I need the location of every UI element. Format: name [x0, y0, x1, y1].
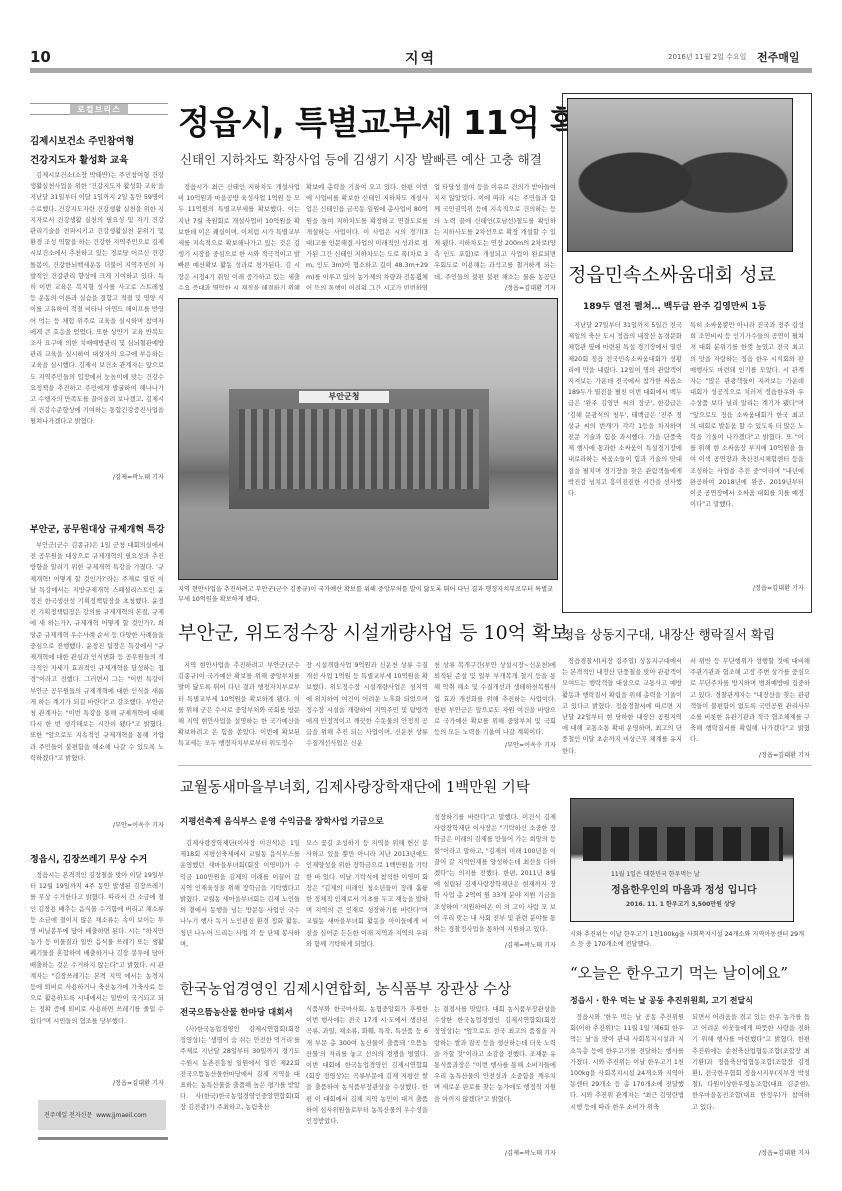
sangdong-headline: 정읍 상동지구대, 내장산 행락질서 확립: [562, 625, 775, 643]
nongup-subhead: 전국으뜸농산물 한마당 대회서: [180, 1006, 293, 1018]
buan-column-1: 지역 현안사업을 추진하려고 부안군(군수 김종규)이 국가예산 확보를 위해 …: [178, 660, 300, 750]
sidebar-article-3-title: 정읍시, 김장쓰레기 무상 수거: [30, 852, 147, 865]
sangdong-column-1: 정읍경찰서(서장 김주엽) 상동지구대에서는 본격적인 내장산 단풍철을 맞아 …: [562, 656, 682, 756]
newspaper-brand: 전주매일: [757, 49, 800, 65]
people-row: [583, 827, 783, 861]
bullfight-subhead: 189두 열전 펼쳐… 백두급 완주 김영만씨 1등: [583, 299, 766, 312]
nongup-column-1: (사)한국농업경영인 김제시연합회(회장 정영상)는 '생명이 숨 쉬는 안전한…: [180, 1024, 300, 1159]
nongup-column-3: 는 결정사를 맞았다. 대회 농식품부장관상을 수상한 한국농업경영인 김제시연…: [434, 1004, 556, 1144]
sangdong-column-2: 서 위반 등 무단행위가 성행할 것에 대비해 주관기관과 협조해 고정 주변 …: [690, 656, 810, 748]
sidebar-article-3-byline: /정읍=김대환 기자: [30, 1078, 164, 1087]
lead-subhead: 신태인 지하차도 확장사업 등에 김생기 시장 발빠른 예산 고충 해결: [180, 150, 542, 168]
page-number: 10: [30, 48, 51, 66]
gimje-scholarship-byline: /김제=곽노태 기자: [434, 940, 556, 949]
banner-line-3: 2016. 11. 1 한우고기 3,500만원 상당: [626, 899, 736, 908]
sidebar-article-1-title-line2: 건강지도자 활성화 교육: [30, 152, 128, 166]
banner-line-1: 11월 1일은 대한민국 한우먹는 날: [611, 869, 700, 878]
gimje-scholarship-column-2: 모스 꽃길 조성하기 등 지역을 위해 헌신 봉사하고 있을 뿐만 아니라 지난…: [306, 838, 428, 948]
hanwoo-byline: /정읍=김대환 기자: [692, 1148, 810, 1157]
sidebar: 로컬브리스 김제시보건소 주민참여형 건강지도자 활성화 교육 김제시보건소(소…: [30, 100, 168, 1135]
sidebar-article-2-body: 부안군(군수 김종규)은 1일 군청 대회의실에서 전 공무원을 대상으로 규제…: [30, 540, 164, 818]
hanwoo-photo-caption: 시와 추진위는 이날 한우고기 1천100kg을 사회복지시설 24개소와 지역…: [570, 930, 810, 950]
lead-byline: /정읍=김대환 기자: [434, 283, 556, 292]
lead-column-2: 확보에 총력을 기울여 오고 있다. 한편 이번에 사업비를 확보한 신태인 지…: [306, 182, 428, 290]
footer-rule: [38, 1137, 168, 1140]
sidebar-article-3-body: 정읍시는 본격적인 김장철을 맞아 이달 19일부터 12월 19일까지 4주 …: [30, 870, 164, 1075]
issue-date: 2016년 11월 2일 수요일: [668, 52, 746, 62]
nongup-byline: /김제=곽노태 기자: [434, 1148, 556, 1157]
hanwoo-column-2: 되면서 어려움을 겪고 있는 한우 농가를 돕고 어려운 이웃들에게 따뜻한 사…: [692, 1012, 810, 1140]
section-title: 지역: [405, 48, 436, 68]
sidebar-article-2-title: 부안군, 공무원대상 규제개혁 특강: [30, 522, 165, 535]
buan-column-3: 천 상류 복개구간(부안 상설시장~신운천)에 퇴적된 준설 및 일부 부개복개…: [434, 660, 556, 736]
banner-line-2: 정읍한우인의 마음과 정성 입니다: [611, 881, 757, 896]
sangdong-byline: /정읍=김대환 기자: [690, 750, 810, 759]
bullfight-headline: 정읍민속소싸움대회 성료: [568, 260, 776, 287]
buan-byline: /부안=이옥수 기자: [434, 740, 556, 749]
nongup-column-2: 식품부와 한국마사회, 농협중앙회가 후원한 이번 행사에는 전국 17개 시·…: [306, 1004, 428, 1159]
bullfight-column-2: 특히 소싸움뿐만 아니라 진국과 정주 김성희 조연비씨 등 인기가수들의 공연…: [690, 320, 804, 580]
footer-ad-text[interactable]: 전주매일 전자신문 www.jjmaeil.com: [44, 1110, 147, 1119]
bullfight-photo: [567, 98, 793, 252]
gimje-scholarship-column-1: 김제사랑장학재단(이사장 이건식)은 1일 제18회 지평선축제에서 교월동 음…: [180, 838, 300, 948]
gimje-scholarship-column-3: 성장하기를 바란다"고 말했다. 이건식 김제사랑장학재단 이사장은 "기탁하신…: [434, 812, 556, 938]
hanwoo-ceremony-photo: 11월 1일은 대한민국 한우먹는 날 정읍한우인의 마음과 정성 입니다 20…: [570, 798, 794, 922]
header-rule: [30, 68, 812, 73]
building-sign: 부안군청: [299, 391, 389, 403]
buan-column-2: 장 시설개량사업 9억원과 신운천 상류 수질개선 사업 1억원 등 특별교부세…: [306, 660, 428, 750]
bullfight-column-1: 지난달 27일부터 31일까지 5일간 전국 제일의 축산 도시 정읍의 내장산…: [568, 320, 682, 590]
nongup-headline: 한국농업경영인 김제시연합회, 농식품부 장관상 수상: [180, 978, 511, 999]
lead-headline: 정읍시, 특별교부세 11억 확보: [178, 97, 613, 144]
section-divider: [178, 765, 812, 766]
local-briefs-logo: 로컬브리스: [30, 103, 168, 115]
hanwoo-subhead: 정읍시 · 한우 먹는 날 공동 추진위원회, 고기 전달식: [570, 995, 753, 1006]
footer-ad-box[interactable]: 전주매일 전자신문 www.jjmaeil.com: [38, 1100, 166, 1130]
sidebar-article-1-body: 김제시보건소(소장 박태반)는 주민참여형 건강생활실천사업을 위한 '건강지도…: [30, 170, 164, 470]
sidebar-article-1-title-line1: 김제시보건소 주민참여형: [30, 133, 134, 147]
gimje-scholarship-subhead: 지평선축제 음식부스 운영 수익금을 장학사업 기금으로: [180, 815, 384, 827]
buan-photo-caption: 지역 현안사업을 추진하려고 부안군(군수 김종규)이 국가예산 확보를 위해 …: [178, 585, 558, 605]
sidebar-article-2-byline: /부안=이옥수 기자: [30, 820, 164, 829]
buan-headline: 부안군, 위도정수장 시설개량사업 등 10억 확보: [178, 618, 569, 645]
sidebar-article-1-byline: /김제=곽노태 기자: [30, 472, 164, 481]
buan-county-office-photo: 부안군청: [178, 298, 558, 580]
hanwoo-headline: “오늘은 한우고기 먹는 날이에요”: [570, 962, 788, 983]
gimje-scholarship-headline: 교월동새마을부녀회, 김제사랑장학재단에 1백만원 기탁: [180, 776, 530, 797]
hanwoo-column-1: 정읍시와 '한우 먹는 날 공동 추진위원회(이하 추진위)'는 11월 1일 …: [570, 1012, 684, 1158]
lead-column-3: 업 타당성 결여 등을 이유로 건의가 받아들여지지 않았었다. 이에 따라 시…: [434, 182, 556, 282]
building-windows: [239, 409, 479, 489]
lead-column-1: 정읍시가 최근 신태인 지하차도 개설사업비 10억원과 마을공방 육성사업 1…: [178, 182, 300, 290]
bullfight-byline: /정읍=김대환 기자: [690, 583, 804, 592]
